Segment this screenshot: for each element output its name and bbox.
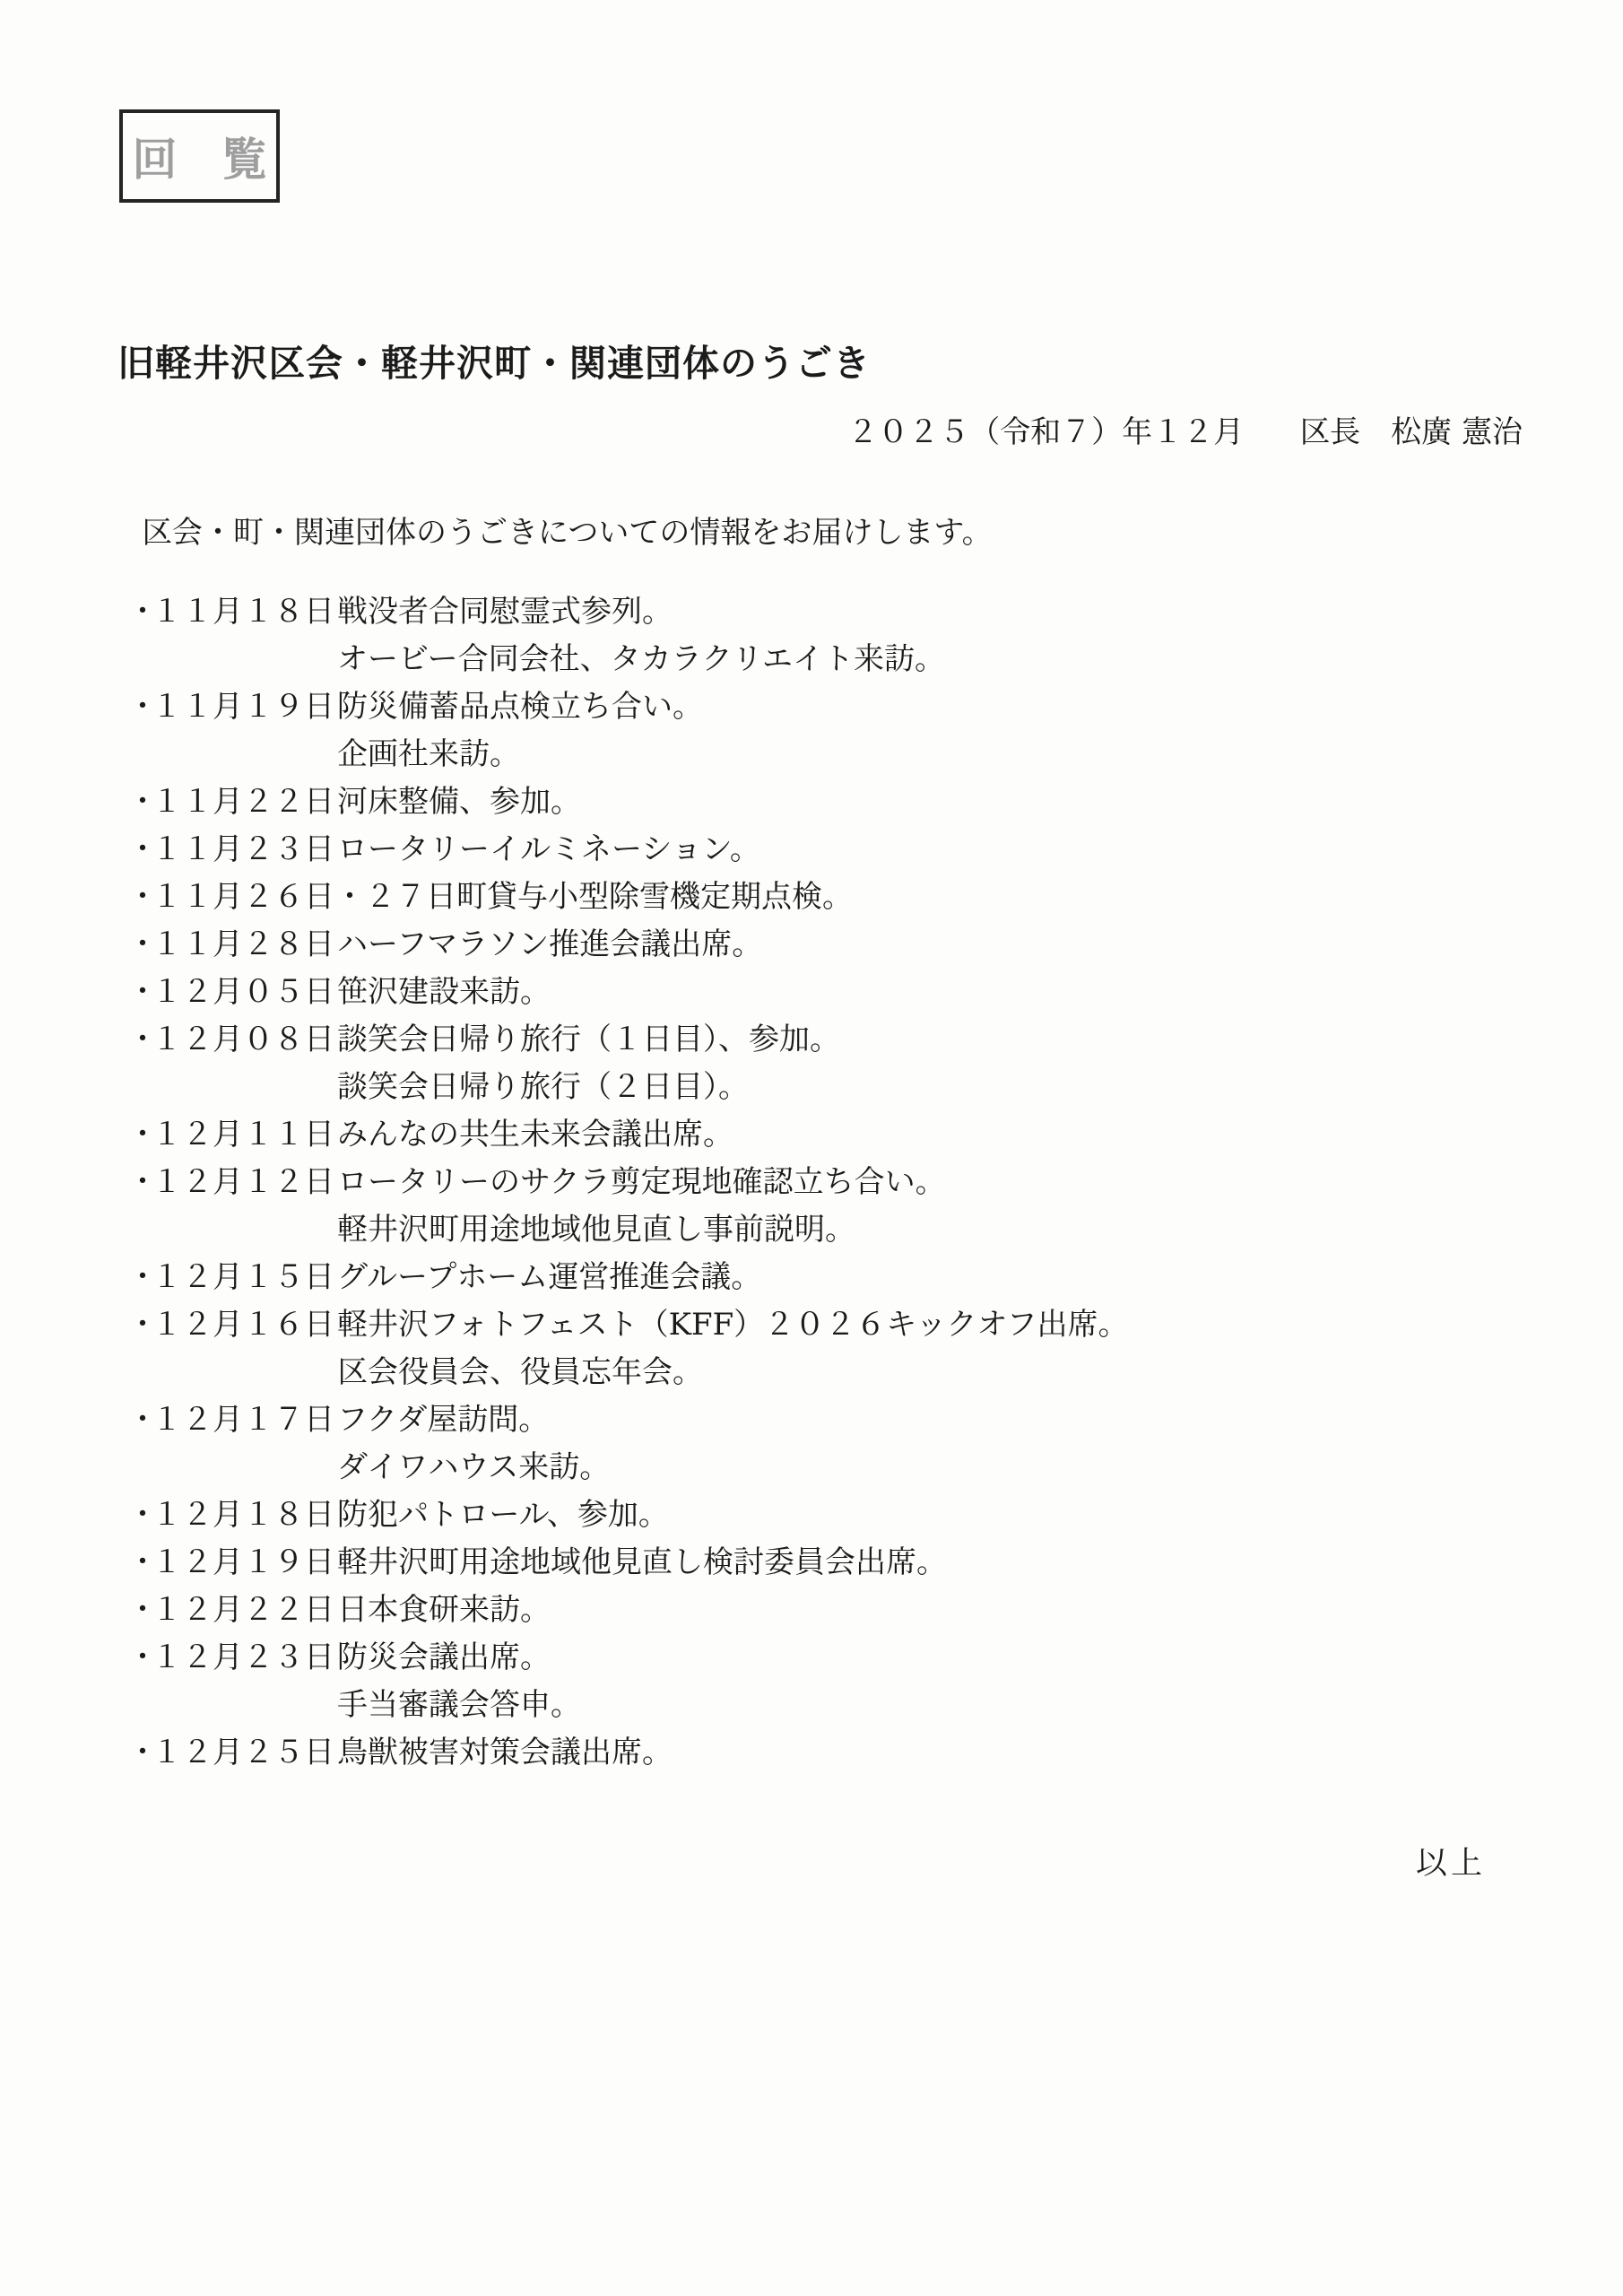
event-row: ・ １１月１９日 防災備蓄品点検立ち合い。 — [127, 683, 1128, 731]
event-date: １１月２２日 — [152, 778, 337, 826]
bullet-icon: ・ — [127, 1301, 152, 1349]
issuer-name: 区長 松廣 憲治 — [1299, 407, 1523, 451]
event-description: 軽井沢フォトフェスト（KFF）２０２６キックオフ出席。 — [337, 1301, 1128, 1349]
event-description: フクダ屋訪問。 — [337, 1396, 549, 1444]
event-row: ・ １２月１７日 フクダ屋訪問。 — [127, 1396, 1128, 1444]
event-row: 軽井沢町用途地域他見直し事前説明。 — [127, 1206, 1128, 1254]
event-description: 談笑会日帰り旅行（２日目）。 — [337, 1064, 749, 1111]
event-date: １１月１８日 — [152, 588, 337, 636]
event-date: １２月１６日 — [152, 1301, 337, 1349]
bullet-icon: ・ — [127, 588, 152, 636]
event-date: １１月２３日 — [152, 826, 337, 874]
event-date: １２月１８日 — [152, 1492, 337, 1539]
event-row: ・ １２月１９日 軽井沢町用途地域他見直し検討委員会出席。 — [127, 1539, 1128, 1587]
event-description: 防災備蓄品点検立ち合い。 — [337, 683, 703, 731]
event-row: ・ １２月１２日 ロータリーのサクラ剪定現地確認立ち合い。 — [127, 1159, 1128, 1206]
event-description: 戦没者合同慰霊式参列。 — [337, 588, 673, 636]
event-row: ・ １２月１１日 みんなの共生未来会議出席。 — [127, 1111, 1128, 1159]
event-row: ・ １２月２３日 防災会議出席。 — [127, 1634, 1128, 1682]
event-row: 手当審議会答申。 — [127, 1682, 1128, 1729]
document-title: 旧軽井沢区会・軽井沢町・関連団体のうごき — [117, 334, 871, 387]
event-description: オービー合同会社、タカラクリエイト来訪。 — [337, 636, 945, 683]
event-date: １１月１９日 — [152, 683, 337, 731]
event-description: 企画社来訪。 — [337, 731, 520, 778]
event-row: ・ １１月２２日 河床整備、参加。 — [127, 778, 1128, 826]
event-date: １２月０５日 — [152, 969, 337, 1016]
event-row: ・ １２月１６日 軽井沢フォトフェスト（KFF）２０２６キックオフ出席。 — [127, 1301, 1128, 1349]
event-row: ・ １１月２３日 ロータリーイルミネーション。 — [127, 826, 1128, 874]
event-date: １２月１２日 — [152, 1159, 337, 1206]
event-row: ・ １１月２８日 ハーフマラソン推進会議出席。 — [127, 921, 1128, 969]
event-description: 河床整備、参加。 — [337, 778, 581, 826]
event-date: １２月２２日 — [152, 1587, 337, 1634]
event-description: 区会役員会、役員忘年会。 — [337, 1349, 703, 1396]
event-row: ・ １１月２６日・２７日 町貸与小型除雪機定期点検。 — [127, 874, 1128, 921]
bullet-icon: ・ — [127, 921, 152, 969]
event-description: ハーフマラソン推進会議出席。 — [337, 921, 762, 969]
event-date: １１月２６日・２７日 — [152, 874, 456, 921]
event-description: ロータリーイルミネーション。 — [337, 826, 760, 874]
bullet-icon: ・ — [127, 1492, 152, 1539]
bullet-icon: ・ — [127, 778, 152, 826]
circulation-stamp-box: 回 覧 — [119, 109, 280, 203]
bullet-icon: ・ — [127, 826, 152, 874]
intro-text: 区会・町・関連団体のうごきについての情報をお届けします。 — [142, 508, 993, 552]
event-row: オービー合同会社、タカラクリエイト来訪。 — [127, 636, 1128, 683]
bullet-icon: ・ — [127, 1159, 152, 1206]
event-description: 日本食研来訪。 — [337, 1587, 551, 1634]
bullet-icon: ・ — [127, 1729, 152, 1777]
event-date: １２月１５日 — [152, 1254, 337, 1301]
circulation-stamp-label: 回 覧 — [133, 124, 267, 188]
event-description: 談笑会日帰り旅行（１日目）、参加。 — [337, 1016, 840, 1064]
event-description: 軽井沢町用途地域他見直し検討委員会出席。 — [337, 1539, 947, 1587]
event-row: ・ １１月１８日 戦没者合同慰霊式参列。 — [127, 588, 1128, 636]
bullet-icon: ・ — [127, 1587, 152, 1634]
event-description: みんなの共生未来会議出席。 — [337, 1111, 733, 1159]
bullet-icon: ・ — [127, 969, 152, 1016]
bullet-icon: ・ — [127, 1111, 152, 1159]
event-description: 防犯パトロール、参加。 — [337, 1492, 669, 1539]
event-date: １２月２５日 — [152, 1729, 337, 1777]
bullet-icon: ・ — [127, 683, 152, 731]
event-description: 手当審議会答申。 — [337, 1682, 581, 1729]
event-row: ・ １２月２５日 鳥獣被害対策会議出席。 — [127, 1729, 1128, 1777]
event-row: ・ １２月０５日 笹沢建設来訪。 — [127, 969, 1128, 1016]
events-list: ・ １１月１８日 戦没者合同慰霊式参列。 オービー合同会社、タカラクリエイト来訪… — [127, 588, 1128, 1777]
event-date: １２月１９日 — [152, 1539, 337, 1587]
event-date: １２月２３日 — [152, 1634, 337, 1682]
bullet-icon: ・ — [127, 1016, 152, 1064]
event-row: ・ １２月１８日 防犯パトロール、参加。 — [127, 1492, 1128, 1539]
event-row: 談笑会日帰り旅行（２日目）。 — [127, 1064, 1128, 1111]
issue-date-line: ２０２５（令和７）年１２月 区長 松廣 憲治 — [847, 407, 1523, 451]
event-description: 防災会議出席。 — [337, 1634, 551, 1682]
event-row: ダイワハウス来訪。 — [127, 1444, 1128, 1492]
event-description: ロータリーのサクラ剪定現地確認立ち合い。 — [337, 1159, 946, 1206]
bullet-icon: ・ — [127, 1634, 152, 1682]
bullet-icon: ・ — [127, 1539, 152, 1587]
bullet-icon: ・ — [127, 874, 152, 921]
event-date: １２月１７日 — [152, 1396, 337, 1444]
event-description: ダイワハウス来訪。 — [337, 1444, 610, 1492]
bullet-icon: ・ — [127, 1396, 152, 1444]
event-row: 企画社来訪。 — [127, 731, 1128, 778]
event-date: １２月１１日 — [152, 1111, 337, 1159]
event-date: １１月２８日 — [152, 921, 337, 969]
scanned-document-page: 回 覧 旧軽井沢区会・軽井沢町・関連団体のうごき ２０２５（令和７）年１２月 区… — [0, 0, 1623, 2296]
event-description: 鳥獣被害対策会議出席。 — [337, 1729, 673, 1777]
event-date: １２月０８日 — [152, 1016, 337, 1064]
event-description: 笹沢建設来訪。 — [337, 969, 551, 1016]
event-description: グループホーム運営推進会議。 — [337, 1254, 761, 1301]
bullet-icon: ・ — [127, 1254, 152, 1301]
event-row: ・ １２月１５日 グループホーム運営推進会議。 — [127, 1254, 1128, 1301]
event-description: 町貸与小型除雪機定期点検。 — [456, 874, 853, 921]
event-row: ・ １２月０８日 談笑会日帰り旅行（１日目）、参加。 — [127, 1016, 1128, 1064]
event-row: 区会役員会、役員忘年会。 — [127, 1349, 1128, 1396]
issue-date: ２０２５（令和７）年１２月 — [847, 407, 1244, 451]
event-description: 軽井沢町用途地域他見直し事前説明。 — [337, 1206, 855, 1254]
closing-text: 以上 — [1416, 1839, 1486, 1883]
event-row: ・ １２月２２日 日本食研来訪。 — [127, 1587, 1128, 1634]
